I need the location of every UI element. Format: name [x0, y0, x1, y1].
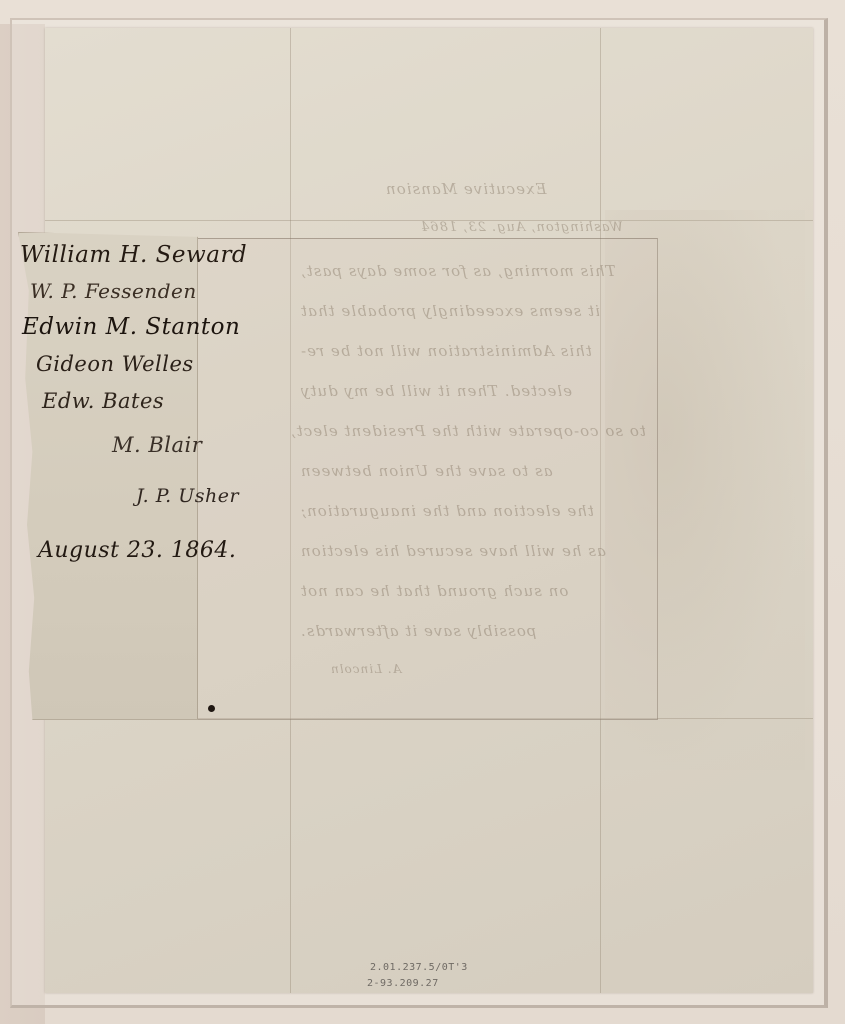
bleed-text-line: as he will have secured his election	[300, 542, 606, 560]
bleed-text-line: possibly save it afterwards.	[300, 622, 536, 640]
signature-usher: J. P. Usher	[136, 485, 239, 507]
bleed-text-line: as to save the Union between	[300, 462, 553, 480]
bleed-text-line: to so co-operate with the President elec…	[290, 422, 646, 440]
signature-slip	[18, 232, 198, 720]
signature-bates: Edw. Bates	[42, 389, 164, 413]
bleed-text-line: Washington, Aug. 23, 1864	[420, 220, 623, 235]
bleed-text-line: it seems exceedingly probable that	[300, 302, 600, 320]
bleed-text-line: this Administration will not be re-	[300, 342, 592, 360]
bleed-text-line: elected. Then it will be my duty	[300, 382, 572, 400]
bleed-text-line: Executive Mansion	[385, 180, 546, 198]
signature-fessenden: W. P. Fessenden	[30, 279, 197, 303]
bleed-text-line: on such ground that he can not	[300, 582, 568, 600]
signature-stanton: Edwin M. Stanton	[22, 314, 240, 340]
signature-seward: William H. Seward	[20, 242, 247, 268]
signature-blair: M. Blair	[112, 433, 202, 457]
bleed-text-line: the election and the inauguration;	[300, 502, 594, 520]
bleed-text-line: This morning, as for some days past,	[300, 262, 616, 280]
ink-spot	[208, 705, 215, 712]
catalog-number: 2-93.209.27	[367, 978, 439, 989]
catalog-number: 2.01.237.5/0T'3	[370, 962, 468, 973]
signature-welles: Gideon Welles	[36, 352, 194, 376]
signature-date: August 23. 1864.	[38, 538, 236, 563]
bleed-text-line: A. Lincoln	[330, 662, 401, 676]
